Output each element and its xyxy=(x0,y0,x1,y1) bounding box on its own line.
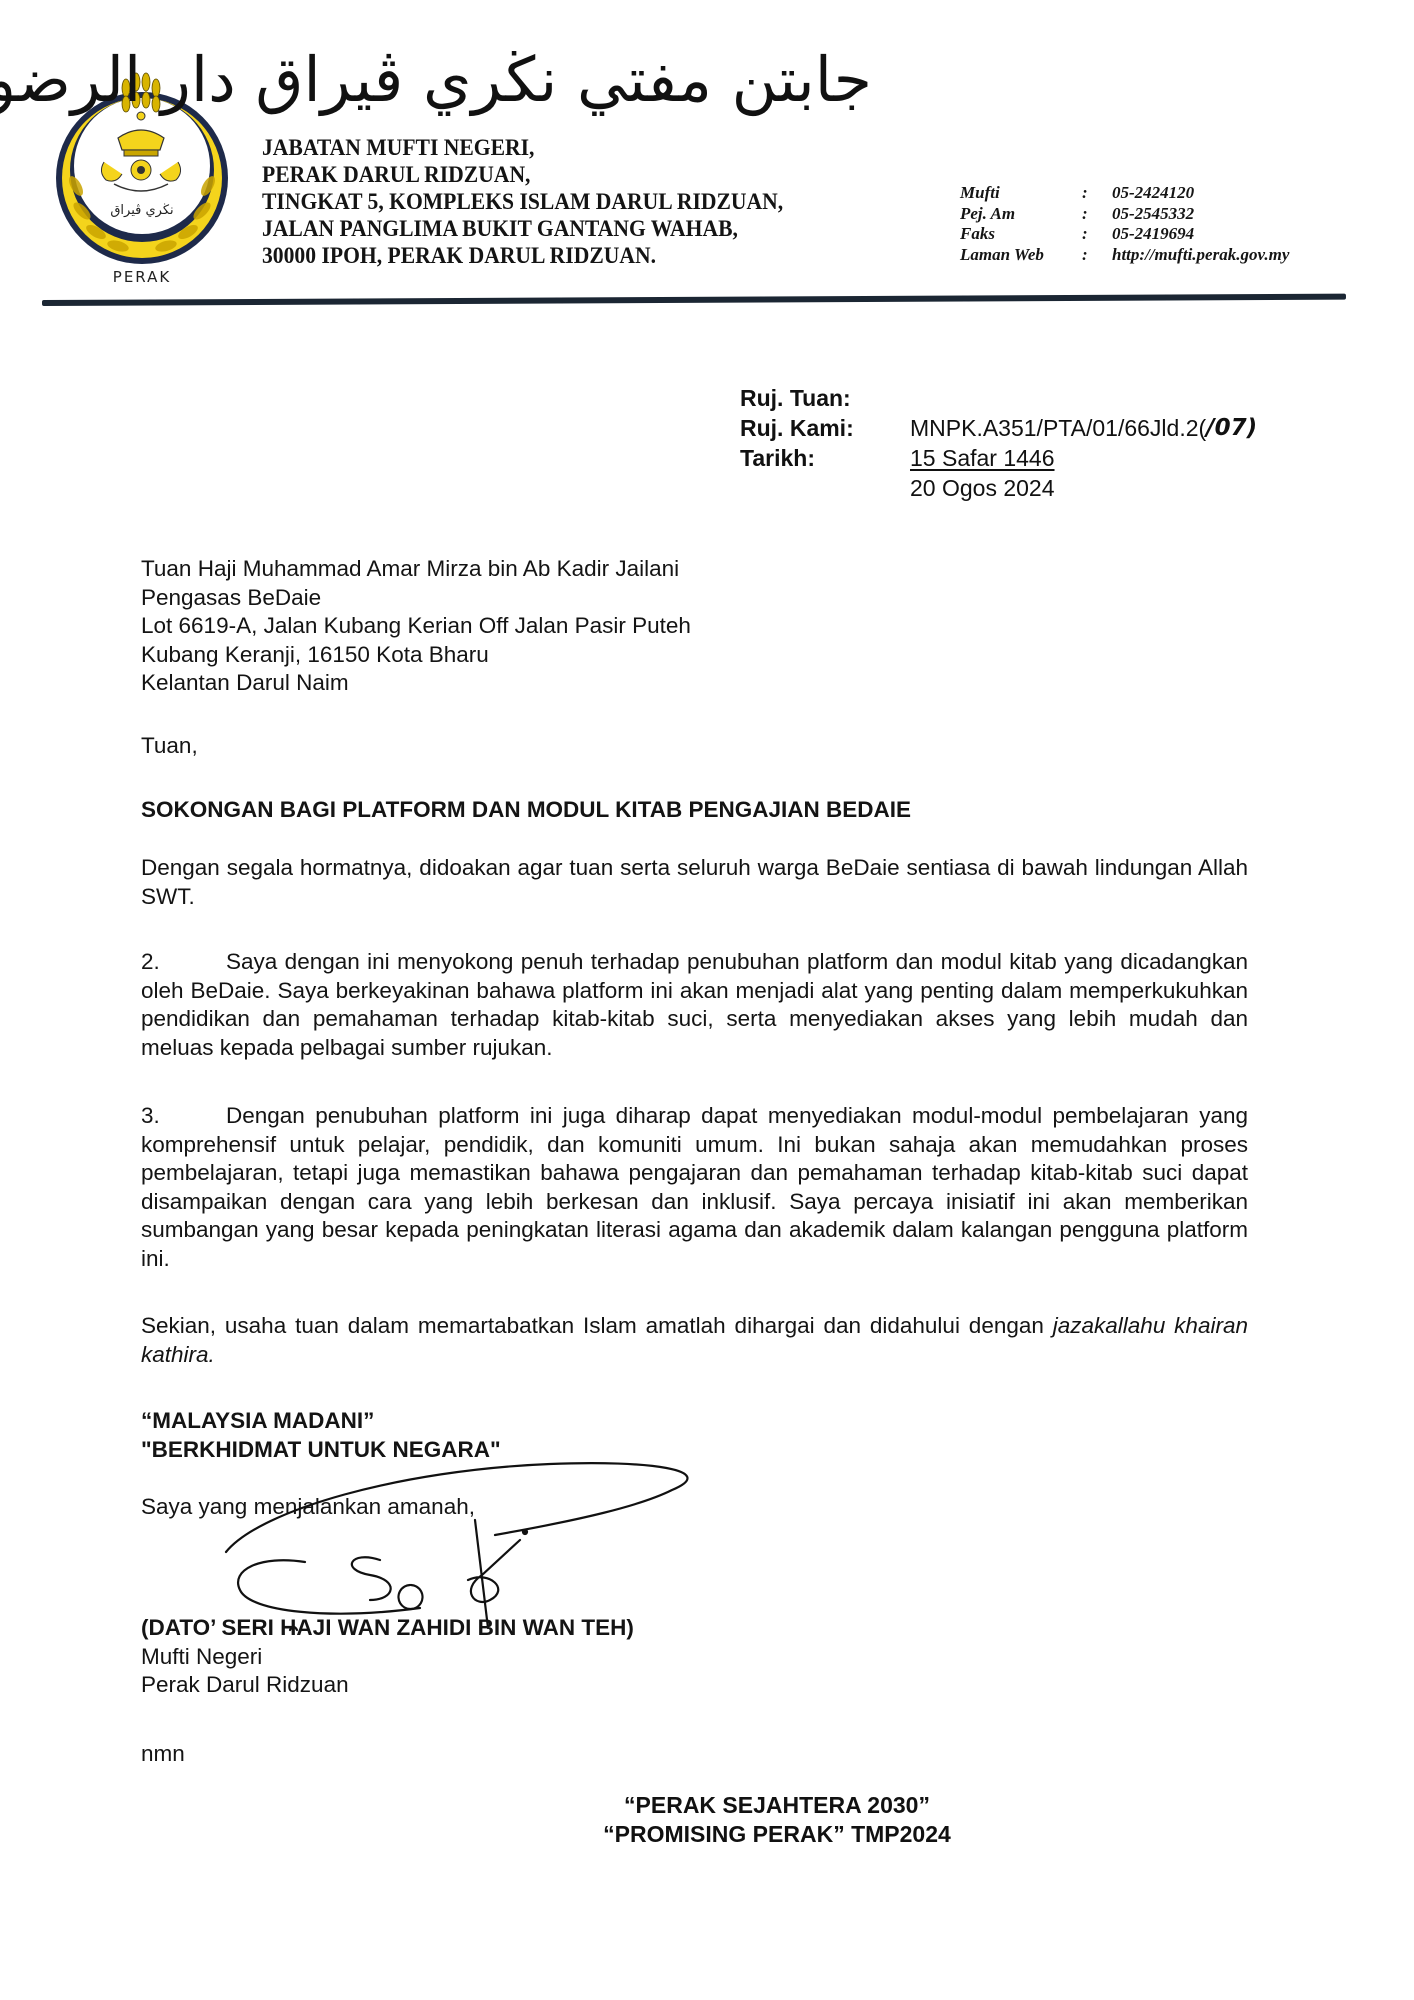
contact-row-office: Pej. Am:05-2545332 xyxy=(960,204,1289,225)
signature-intro: Saya yang menjalankan amanah, xyxy=(141,1493,1248,1522)
paragraph-2: 2.Saya dengan ini menyokong penuh terhad… xyxy=(141,948,1248,1062)
jawi-department-title: جابتن مفتي نڬري ڤيراق دار الرضوان xyxy=(262,28,872,132)
slogan-perak-sejahtera: “PERAK SEJAHTERA 2030” xyxy=(140,1791,1414,1820)
phone-mufti: 05-2424120 xyxy=(1112,183,1194,204)
signer-state: Perak Darul Ridzuan xyxy=(141,1671,1248,1700)
letter-subject: SOKONGAN BAGI PLATFORM DAN MODUL KITAB P… xyxy=(141,796,1248,825)
handwritten-reference-suffix: /07) xyxy=(1206,413,1257,443)
recipient-title: Pengasas BeDaie xyxy=(141,584,1248,613)
slogan-malaysia-madani: “MALAYSIA MADANI” xyxy=(141,1407,1248,1436)
letter-date: Tarikh: 15 Safar 1446 xyxy=(740,443,1257,473)
reference-number: MNPK.A351/PTA/01/66Jld.2( xyxy=(910,413,1206,443)
recipient-address-line: Kelantan Darul Naim xyxy=(141,669,1248,698)
svg-text:PERAK: PERAK xyxy=(113,268,171,286)
contact-details: Mufti:05-2424120 Pej. Am:05-2545332 Faks… xyxy=(960,183,1289,265)
recipient-address-line: Kubang Keranji, 16150 Kota Bharu xyxy=(141,641,1248,670)
contact-row-mufti: Mufti:05-2424120 xyxy=(960,183,1289,204)
date-gregorian: 20 Ogos 2024 xyxy=(910,473,1055,503)
national-slogans: “MALAYSIA MADANI” "BERKHIDMAT UNTUK NEGA… xyxy=(141,1407,1248,1464)
department-address: JABATAN MUFTI NEGERI, PERAK DARUL RIDZUA… xyxy=(262,135,783,270)
typist-initials: nmn xyxy=(141,1740,1248,1769)
signer-name: (DATO’ SERI HAJI WAN ZAHIDI BIN WAN TEH) xyxy=(141,1614,1248,1643)
recipient-name: Tuan Haji Muhammad Amar Mirza bin Ab Kad… xyxy=(141,555,1248,584)
letterhead-divider xyxy=(42,294,1346,306)
recipient-address: Tuan Haji Muhammad Amar Mirza bin Ab Kad… xyxy=(141,555,1248,698)
slogan-berkhidmat: "BERKHIDMAT UNTUK NEGARA" xyxy=(141,1436,1248,1465)
signer-title: Mufti Negeri xyxy=(141,1643,1248,1672)
paragraph-number: 3. xyxy=(141,1102,226,1131)
footer-slogans: “PERAK SEJAHTERA 2030” “PROMISING PERAK”… xyxy=(0,1791,1414,1849)
contact-row-fax: Faks:05-2419694 xyxy=(960,224,1289,245)
address-line: JALAN PANGLIMA BUKIT GANTANG WAHAB, xyxy=(262,216,783,243)
signer-block: (DATO’ SERI HAJI WAN ZAHIDI BIN WAN TEH)… xyxy=(141,1614,1248,1700)
date-hijri: 15 Safar 1446 xyxy=(910,443,1055,473)
fax-number: 05-2419694 xyxy=(1112,224,1194,245)
address-line: JABATAN MUFTI NEGERI, xyxy=(262,135,783,162)
phone-office: 05-2545332 xyxy=(1112,204,1194,225)
reference-block: Ruj. Tuan: Ruj. Kami: MNPK.A351/PTA/01/6… xyxy=(740,383,1257,503)
paragraph-3: 3.Dengan penubuhan platform ini juga dih… xyxy=(141,1102,1248,1273)
svg-text:نڬري ڤيراق: نڬري ڤيراق xyxy=(110,203,173,218)
website-link[interactable]: http://mufti.perak.gov.my xyxy=(1112,245,1289,266)
paragraph-number: 2. xyxy=(141,948,226,977)
salutation: Tuan, xyxy=(141,732,1248,761)
address-line: 30000 IPOH, PERAK DARUL RIDZUAN. xyxy=(262,243,783,270)
address-line: TINGKAT 5, KOMPLEKS ISLAM DARUL RIDZUAN, xyxy=(262,189,783,216)
slogan-promising-perak: “PROMISING PERAK” TMP2024 xyxy=(140,1820,1414,1849)
address-line: PERAK DARUL RIDZUAN, xyxy=(262,162,783,189)
recipient-address-line: Lot 6619-A, Jalan Kubang Kerian Off Jala… xyxy=(141,612,1248,641)
our-reference: Ruj. Kami: MNPK.A351/PTA/01/66Jld.2(/07) xyxy=(740,413,1257,443)
paragraph-1: Dengan segala hormatnya, didoakan agar t… xyxy=(141,854,1248,911)
contact-row-website: Laman Web:http://mufti.perak.gov.my xyxy=(960,245,1289,266)
your-reference: Ruj. Tuan: xyxy=(740,383,1257,413)
closing-paragraph: Sekian, usaha tuan dalam memartabatkan I… xyxy=(141,1312,1248,1369)
handwritten-signature-icon xyxy=(220,1450,740,1640)
